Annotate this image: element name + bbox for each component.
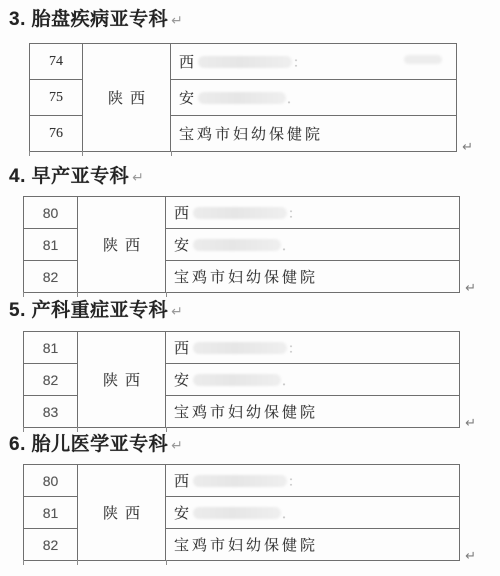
province-cell: 陕西 <box>78 197 166 293</box>
document-page: 3. 胎盘疾病亚专科↵ 74 陕西 西： 75 安． 76 <box>0 8 500 561</box>
redaction-fragment: ： <box>288 207 301 222</box>
redaction-fragment: ： <box>288 342 301 357</box>
table-row: 74 陕西 西： <box>30 44 457 80</box>
hospital-name-prefix: 安 <box>174 236 189 254</box>
scan-smudge <box>404 55 442 64</box>
section-heading-text: 6. 胎儿医学亚专科 <box>9 434 168 455</box>
hospital-cell: 西： <box>166 332 460 364</box>
province-cell: 陕西 <box>83 44 171 152</box>
serial-number-cell: 80 <box>24 465 78 497</box>
redaction-fragment: ： <box>293 56 306 71</box>
hospital-name-prefix: 西 <box>174 204 189 222</box>
redaction-blur <box>198 56 292 68</box>
section-heading-text: 4. 早产亚专科 <box>9 166 129 187</box>
section-heading: 5. 产科重症亚专科↵ <box>9 299 500 324</box>
redaction-fragment: ： <box>288 475 301 490</box>
hospital-table: 81 陕西 西： 82 安． 83 宝鸡市妇幼保健院 <box>23 331 460 428</box>
section-heading: 4. 早产亚专科↵ <box>9 165 500 190</box>
line-stub <box>166 560 167 565</box>
line-stub <box>166 292 167 297</box>
serial-number-cell: 82 <box>24 364 78 396</box>
paragraph-mark-icon: ↵ <box>171 438 183 454</box>
hospital-name: 宝鸡市妇幼保健院 <box>174 536 318 554</box>
hospital-table: 80 陕西 西： 81 安． 82 宝鸡市妇幼保健院 <box>23 196 460 293</box>
hospital-cell: 安． <box>166 229 460 261</box>
table-row: 80 陕西 西： <box>24 465 460 497</box>
subspecialty-section: 6. 胎儿医学亚专科↵ 80 陕西 西： 81 安． 82 <box>0 433 500 561</box>
hospital-cell: 安． <box>166 497 460 529</box>
serial-number-cell: 82 <box>24 261 78 293</box>
line-stub <box>166 427 167 432</box>
table-line-stubs <box>23 293 460 298</box>
section-heading-text: 3. 胎盘疾病亚专科 <box>9 9 168 30</box>
redaction-blur <box>193 374 281 386</box>
hospital-cell: 宝鸡市妇幼保健院 <box>166 529 460 561</box>
serial-number-cell: 74 <box>30 44 83 80</box>
paragraph-mark-icon: ↵ <box>462 140 473 155</box>
table-wrapper: 74 陕西 西： 75 安． 76 宝鸡市妇幼保健院 ↵ <box>29 43 457 152</box>
hospital-table: 74 陕西 西： 75 安． 76 宝鸡市妇幼保健院 <box>29 43 457 152</box>
hospital-name: 宝鸡市妇幼保健院 <box>174 268 318 286</box>
line-stub <box>23 427 24 432</box>
line-stub <box>171 151 172 156</box>
line-stub <box>82 151 83 156</box>
subspecialty-section: 3. 胎盘疾病亚专科↵ 74 陕西 西： 75 安． 76 <box>0 8 500 152</box>
redaction-blur <box>193 507 281 519</box>
hospital-name-prefix: 安 <box>174 371 189 389</box>
redaction-blur <box>193 342 287 354</box>
table-line-stubs <box>29 152 457 157</box>
hospital-name-prefix: 西 <box>179 53 194 71</box>
redaction-fragment: ． <box>282 374 295 389</box>
serial-number-cell: 76 <box>30 116 83 152</box>
hospital-cell: 宝鸡市妇幼保健院 <box>171 116 457 152</box>
hospital-cell: 宝鸡市妇幼保健院 <box>166 261 460 293</box>
line-stub <box>77 560 78 565</box>
hospital-cell: 宝鸡市妇幼保健院 <box>166 396 460 428</box>
hospital-name: 宝鸡市妇幼保健院 <box>174 403 318 421</box>
line-stub <box>23 560 24 565</box>
paragraph-mark-icon: ↵ <box>465 416 476 431</box>
hospital-name-prefix: 西 <box>174 339 189 357</box>
paragraph-mark-icon: ↵ <box>465 549 476 564</box>
redaction-blur <box>193 475 287 487</box>
redaction-fragment: ． <box>287 92 300 107</box>
hospital-name: 宝鸡市妇幼保健院 <box>179 125 323 143</box>
province-cell: 陕西 <box>78 465 166 561</box>
table-wrapper: 81 陕西 西： 82 安． 83 宝鸡市妇幼保健院 ↵ <box>23 331 460 428</box>
redaction-fragment: ． <box>282 507 295 522</box>
hospital-cell: 安． <box>171 80 457 116</box>
subspecialty-section: 4. 早产亚专科↵ 80 陕西 西： 81 安． 82 <box>0 165 500 293</box>
serial-number-cell: 80 <box>24 197 78 229</box>
paragraph-mark-icon: ↵ <box>171 13 183 29</box>
redaction-blur <box>198 92 286 104</box>
province-cell: 陕西 <box>78 332 166 428</box>
paragraph-mark-icon: ↵ <box>171 304 183 320</box>
section-heading-text: 5. 产科重症亚专科 <box>9 300 168 321</box>
section-heading: 6. 胎儿医学亚专科↵ <box>9 433 500 458</box>
hospital-name-prefix: 西 <box>174 472 189 490</box>
redaction-blur <box>193 207 287 219</box>
serial-number-cell: 83 <box>24 396 78 428</box>
serial-number-cell: 75 <box>30 80 83 116</box>
table-row: 80 陕西 西： <box>24 197 460 229</box>
table-line-stubs <box>23 561 460 566</box>
hospital-table: 80 陕西 西： 81 安． 82 宝鸡市妇幼保健院 <box>23 464 460 561</box>
table-row: 81 陕西 西： <box>24 332 460 364</box>
hospital-cell: 西： <box>166 197 460 229</box>
serial-number-cell: 81 <box>24 229 78 261</box>
table-wrapper: 80 陕西 西： 81 安． 82 宝鸡市妇幼保健院 ↵ <box>23 464 460 561</box>
table-wrapper: 80 陕西 西： 81 安． 82 宝鸡市妇幼保健院 ↵ <box>23 196 460 293</box>
serial-number-cell: 81 <box>24 332 78 364</box>
serial-number-cell: 81 <box>24 497 78 529</box>
hospital-cell: 西： <box>171 44 457 80</box>
hospital-name-prefix: 安 <box>174 504 189 522</box>
table-line-stubs <box>23 428 460 433</box>
hospital-name-prefix: 安 <box>179 89 194 107</box>
serial-number-cell: 82 <box>24 529 78 561</box>
redaction-fragment: ． <box>282 239 295 254</box>
subspecialty-section: 5. 产科重症亚专科↵ 81 陕西 西： 82 安． 83 <box>0 299 500 428</box>
line-stub <box>77 292 78 297</box>
paragraph-mark-icon: ↵ <box>132 170 144 186</box>
redaction-blur <box>193 239 281 251</box>
line-stub <box>29 151 30 156</box>
hospital-cell: 西： <box>166 465 460 497</box>
section-heading: 3. 胎盘疾病亚专科↵ <box>9 8 500 33</box>
paragraph-mark-icon: ↵ <box>465 281 476 296</box>
hospital-cell: 安． <box>166 364 460 396</box>
line-stub <box>23 292 24 297</box>
line-stub <box>77 427 78 432</box>
